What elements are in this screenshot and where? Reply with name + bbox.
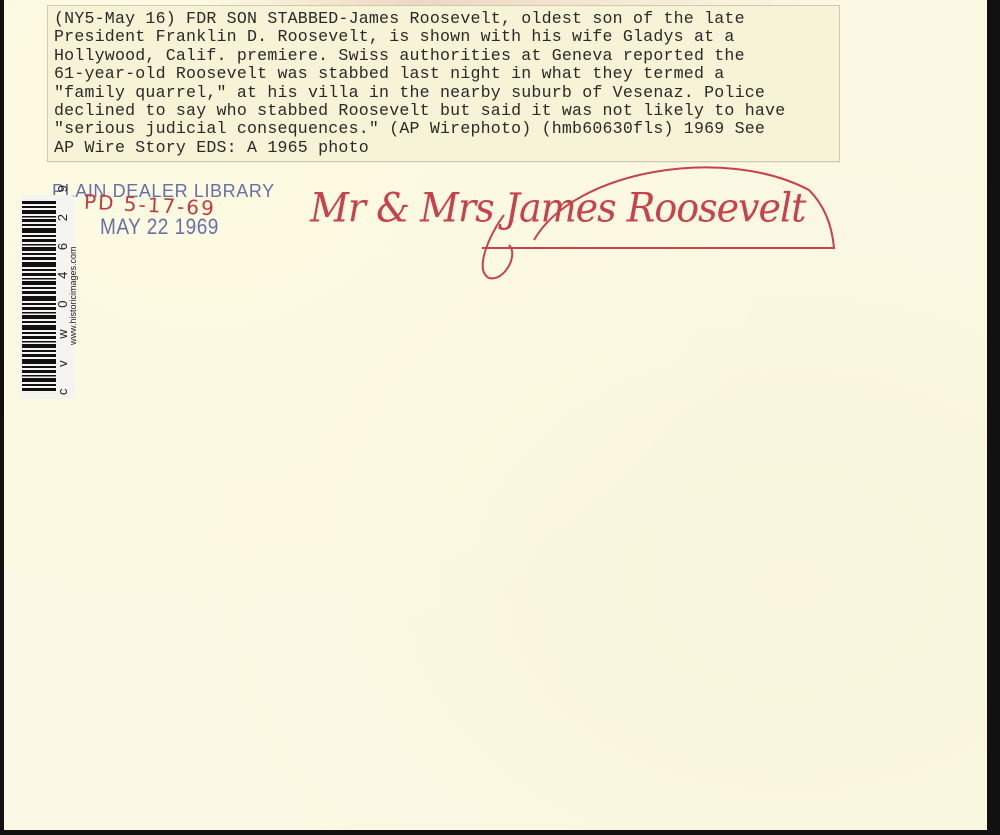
caption-line: Hollywood, Calif. premiere. Swiss author… xyxy=(54,47,839,65)
barcode-label: c v w 0 4 6 2 9 www.historicimages.com xyxy=(20,195,75,399)
caption-line: declined to say who stabbed Roosevelt bu… xyxy=(54,102,839,120)
barcode-icon xyxy=(22,201,56,393)
caption-line: AP Wire Story EDS: A 1965 photo xyxy=(54,139,839,157)
barcode-url-wrap: www.historicimages.com xyxy=(66,205,82,395)
photo-back-paper: (NY5-May 16) FDR SON STABBED-James Roose… xyxy=(4,0,987,830)
caption-clipping: (NY5-May 16) FDR SON STABBED-James Roose… xyxy=(47,5,840,162)
caption-line: 61-year-old Roosevelt was stabbed last n… xyxy=(54,65,839,83)
handwritten-signature: Mr & Mrs James Roosevelt xyxy=(304,160,844,285)
caption-line: President Franklin D. Roosevelt, is show… xyxy=(54,28,839,46)
signature-text: Mr & Mrs James Roosevelt xyxy=(310,185,805,231)
barcode-url: www.historicimages.com xyxy=(68,246,78,345)
caption-line: "family quarrel," at his villa in the ne… xyxy=(54,84,839,102)
caption-line: "serious judicial consequences." (AP Wir… xyxy=(54,120,839,138)
caption-line: (NY5-May 16) FDR SON STABBED-James Roose… xyxy=(54,10,839,28)
